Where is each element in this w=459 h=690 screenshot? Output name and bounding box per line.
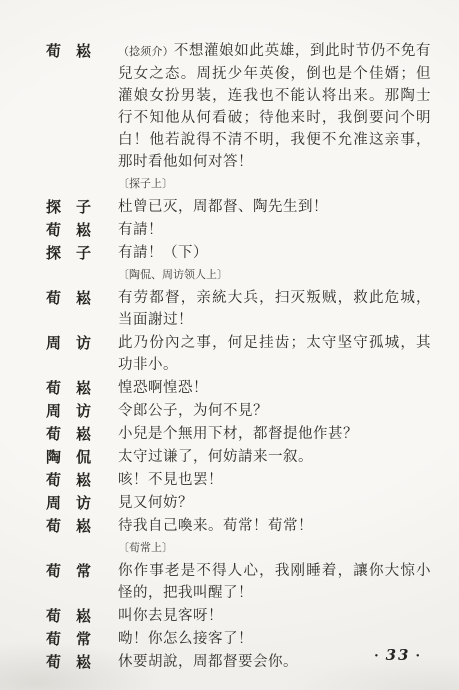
- speaker-name: 荀 崧: [46, 605, 104, 627]
- speaker-name: 荀 崧: [46, 423, 104, 445]
- script-line: 荀 崧 有請！: [46, 219, 431, 241]
- page-number-decor-left: ·: [374, 649, 381, 664]
- speaker-name: 陶 侃: [46, 446, 104, 468]
- speaker-name: 荀 崧: [46, 219, 104, 241]
- speaker-name: 探 子: [46, 242, 104, 264]
- script-text-block: 荀 崧 （捻须介）不想灌娘如此英雄，到此时节仍不免有兒女之态。周抚少年英俊，倒也…: [46, 40, 431, 674]
- dialogue-text: 太守过谦了，何妨請来一叙。: [118, 446, 431, 468]
- script-line: 荀 崧 （捻须介）不想灌娘如此英雄，到此时节仍不免有兒女之态。周抚少年英俊，倒也…: [46, 40, 431, 173]
- scanned-book-page: 荀 崧 （捻须介）不想灌娘如此英雄，到此时节仍不免有兒女之态。周抚少年英俊，倒也…: [0, 0, 459, 690]
- page-number-decor-right: ·: [415, 649, 422, 664]
- speaker-name: 荀 崧: [46, 287, 104, 309]
- dialogue-text: 咳！不見也罢！: [118, 469, 431, 491]
- dialogue-text: 杜曾已灭，周都督、陶先生到！: [118, 196, 431, 218]
- script-line: 荀 崧 待我自己喚来。荀常！荀常！: [46, 515, 431, 537]
- stage-direction: 〔荀常上〕: [118, 539, 431, 557]
- speaker-name: 荀 崧: [46, 651, 104, 673]
- dialogue-text: 有劳都督，亲統大兵，扫灭叛贼，救此危城，当面謝过！: [118, 287, 431, 331]
- dialogue-text: 見又何妨？: [118, 492, 431, 514]
- speaker-name: 周 访: [46, 332, 104, 354]
- dialogue-body: 不想灌娘如此英雄，到此时节仍不免有兒女之态。周抚少年英俊，倒也是个佳婿；但灌娘女…: [118, 43, 431, 170]
- dialogue-text: 小兒是个無用下材，都督提他作甚？: [118, 423, 431, 445]
- script-line: 探 子 杜曾已灭，周都督、陶先生到！: [46, 196, 431, 218]
- dialogue-text: 有請！（下）: [118, 242, 431, 264]
- speaker-name: 荀 崧: [46, 469, 104, 491]
- dialogue-text: 此乃份內之事，何足挂齿；太守坚守孤城，其功非小。: [118, 332, 431, 376]
- stage-direction: 〔陶侃、周访领人上〕: [118, 266, 431, 284]
- speaker-name: 探 子: [46, 196, 104, 218]
- script-line: 荀 崧 惶恐啊惶恐！: [46, 377, 431, 399]
- stage-direction: 〔探子上〕: [118, 175, 431, 193]
- script-line: 荀 崧 咳！不見也罢！: [46, 469, 431, 491]
- dialogue-text: 你作事老是不得人心，我刚睡着，讓你大惊小怪的，把我叫醒了！: [118, 560, 431, 604]
- dialogue-text: （捻须介）不想灌娘如此英雄，到此时节仍不免有兒女之态。周抚少年英俊，倒也是个佳婿…: [118, 40, 431, 173]
- speaker-name: 荀 常: [46, 628, 104, 650]
- speaker-name: 周 访: [46, 492, 104, 514]
- script-line: 周 访 令郎公子，为何不見？: [46, 400, 431, 422]
- script-line: 荀 常 你作事老是不得人心，我刚睡着，讓你大惊小怪的，把我叫醒了！: [46, 560, 431, 604]
- page-number: ·33·: [369, 646, 427, 664]
- script-line: 荀 崧 小兒是个無用下材，都督提他作甚？: [46, 423, 431, 445]
- speaker-name: 荀 崧: [46, 515, 104, 537]
- speaker-name: 荀 常: [46, 560, 104, 582]
- dialogue-text: 待我自己喚来。荀常！荀常！: [118, 515, 431, 537]
- page-number-value: 33: [386, 646, 411, 664]
- dialogue-text: 有請！: [118, 219, 431, 241]
- script-line: 周 访 見又何妨？: [46, 492, 431, 514]
- dialogue-text: 叫你去見客呀！: [118, 605, 431, 627]
- speaker-name: 周 访: [46, 400, 104, 422]
- inline-stage-direction: （捻须介）: [118, 45, 174, 58]
- script-line: 荀 崧 有劳都督，亲統大兵，扫灭叛贼，救此危城，当面謝过！: [46, 287, 431, 331]
- script-line: 荀 崧 叫你去見客呀！: [46, 605, 431, 627]
- dialogue-text: 令郎公子，为何不見？: [118, 400, 431, 422]
- script-line: 探 子 有請！（下）: [46, 242, 431, 264]
- dialogue-text: 惶恐啊惶恐！: [118, 377, 431, 399]
- script-line: 周 访 此乃份內之事，何足挂齿；太守坚守孤城，其功非小。: [46, 332, 431, 376]
- speaker-name: 荀 崧: [46, 40, 104, 62]
- speaker-name: 荀 崧: [46, 377, 104, 399]
- script-line: 陶 侃 太守过谦了，何妨請来一叙。: [46, 446, 431, 468]
